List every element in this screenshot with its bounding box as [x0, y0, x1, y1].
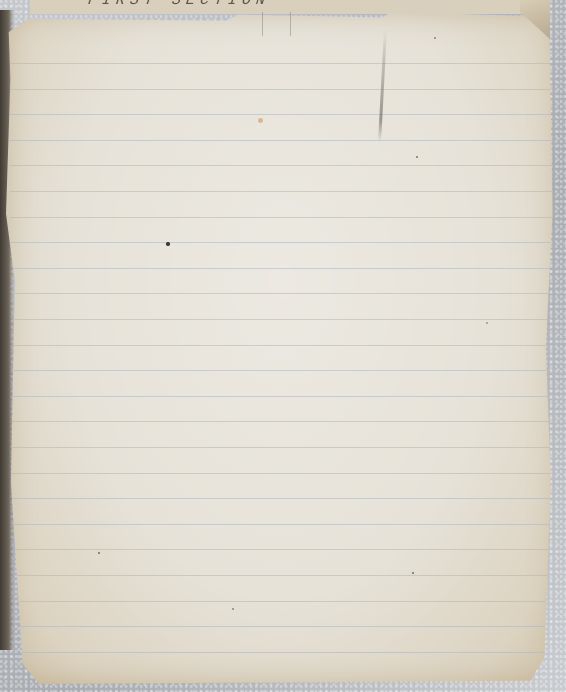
ruled-line — [10, 370, 552, 371]
ruled-line — [10, 140, 552, 141]
speck — [232, 608, 234, 610]
speck — [434, 37, 436, 39]
ruled-line — [10, 293, 552, 294]
ruled-line — [10, 319, 552, 320]
ruled-line — [10, 396, 552, 397]
notebook-page — [6, 12, 558, 684]
ruled-line — [10, 217, 552, 218]
ruled-line — [10, 165, 552, 166]
ruled-line — [10, 575, 552, 576]
ink-dot — [166, 242, 170, 246]
ruled-line — [10, 114, 552, 115]
stain-spot — [258, 118, 263, 123]
ruled-line — [10, 242, 552, 243]
ruled-line — [10, 447, 552, 448]
ruled-line — [10, 345, 552, 346]
ruled-line — [10, 601, 552, 602]
ruled-line — [10, 63, 552, 64]
ruled-line — [10, 524, 552, 525]
tear-crease — [290, 12, 291, 36]
speck — [412, 572, 414, 574]
ruled-line — [10, 652, 552, 653]
speck — [416, 156, 418, 158]
ruled-line — [10, 191, 552, 192]
ruled-line — [10, 89, 552, 90]
section-header-label: FIRST SECTION — [87, 0, 271, 9]
ruled-line — [10, 421, 552, 422]
tear-crease — [262, 12, 263, 36]
ruled-line — [10, 498, 552, 499]
speck — [486, 322, 488, 324]
speck — [98, 552, 100, 554]
ruled-line — [10, 473, 552, 474]
ruled-line — [10, 549, 552, 550]
ruled-line — [10, 268, 552, 269]
ruled-line — [10, 626, 552, 627]
